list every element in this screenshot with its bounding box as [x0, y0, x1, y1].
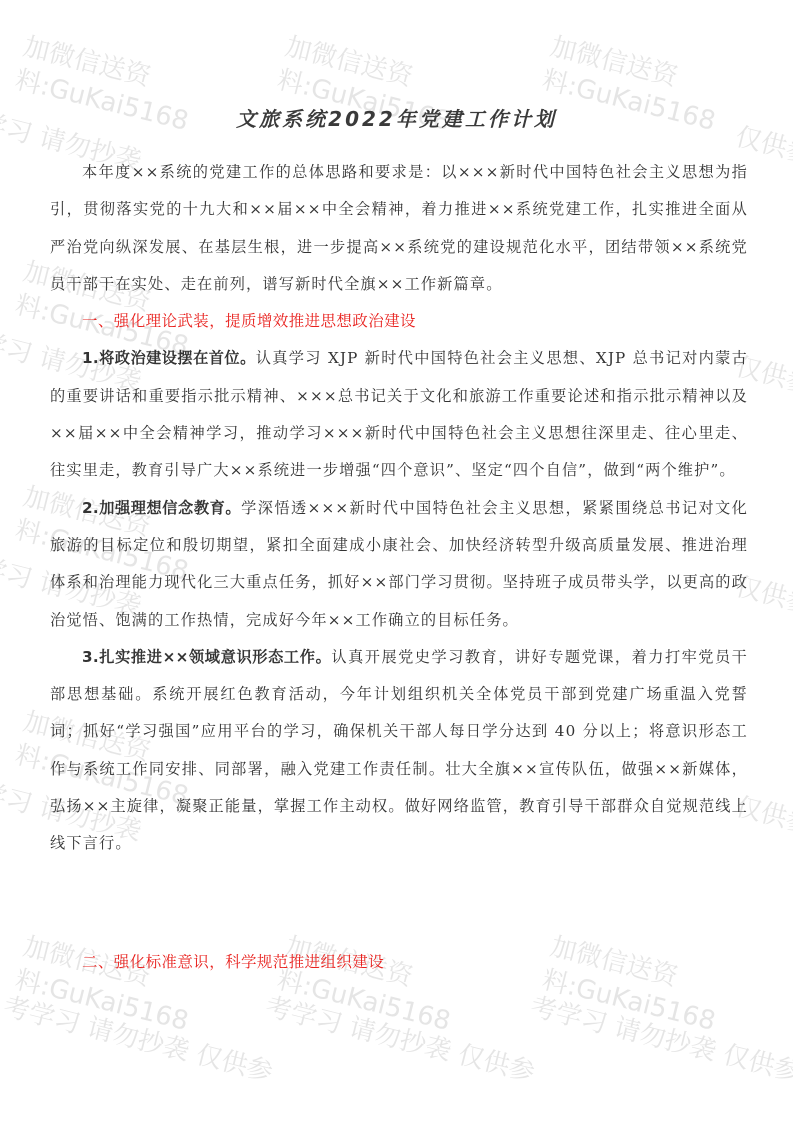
section-heading-2: 二、强化标准意识，科学规范推进组织建设	[82, 950, 384, 972]
watermark: 考学习 请勿抄袭 仅供参	[262, 990, 539, 1090]
item-text-1: 认真学习 XJP 新时代中国特色社会主义思想、XJP 总书记对内蒙古的重要讲话和…	[50, 349, 748, 479]
intro-paragraph: 本年度××系统的党建工作的总体思路和要求是：以×××新时代中国特色社会主义思想为…	[50, 154, 748, 303]
watermark: 考学习 请勿抄袭 仅供参	[527, 990, 793, 1090]
watermark: 加微信送资料:GuKai5168	[274, 930, 462, 1039]
document-page: 加微信送资料:GuKai5168 加微信送资料:GuKai5168 加微信送资料…	[0, 0, 793, 1122]
item-paragraph-3: 3.扎实推进××领域意识形态工作。认真开展党史学习教育，讲好专题党课，着力打牢党…	[50, 639, 748, 863]
item-text-3: 认真开展党史学习教育，讲好专题党课，着力打牢党员干部思想基础。系统开展红色教育活…	[50, 648, 748, 852]
item-paragraph-2: 2.加强理想信念教育。学深悟透×××新时代中国特色社会主义思想，紧紧围绕总书记对…	[50, 490, 748, 639]
document-title: 文旅系统2022年党建工作计划	[0, 103, 793, 132]
item-lead-2: 2.加强理想信念教育。	[82, 499, 241, 517]
watermark: 加微信送资料:GuKai5168	[539, 930, 727, 1039]
document-body: 本年度××系统的党建工作的总体思路和要求是：以×××新时代中国特色社会主义思想为…	[50, 154, 748, 863]
item-text-2: 学深悟透×××新时代中国特色社会主义思想，紧紧围绕总书记对文化旅游的目标定位和殷…	[50, 499, 748, 629]
item-paragraph-1: 1.将政治建设摆在首位。认真学习 XJP 新时代中国特色社会主义思想、XJP 总…	[50, 340, 748, 489]
watermark: 考学习 请勿抄袭 仅供参	[0, 990, 276, 1090]
section-heading-1: 一、强化理论武装，提质增效推进思想政治建设	[50, 303, 748, 340]
item-lead-1: 1.将政治建设摆在首位。	[82, 349, 256, 367]
watermark: 加微信送资料:GuKai5168	[12, 930, 200, 1039]
item-lead-3: 3.扎实推进××领域意识形态工作。	[82, 648, 331, 666]
